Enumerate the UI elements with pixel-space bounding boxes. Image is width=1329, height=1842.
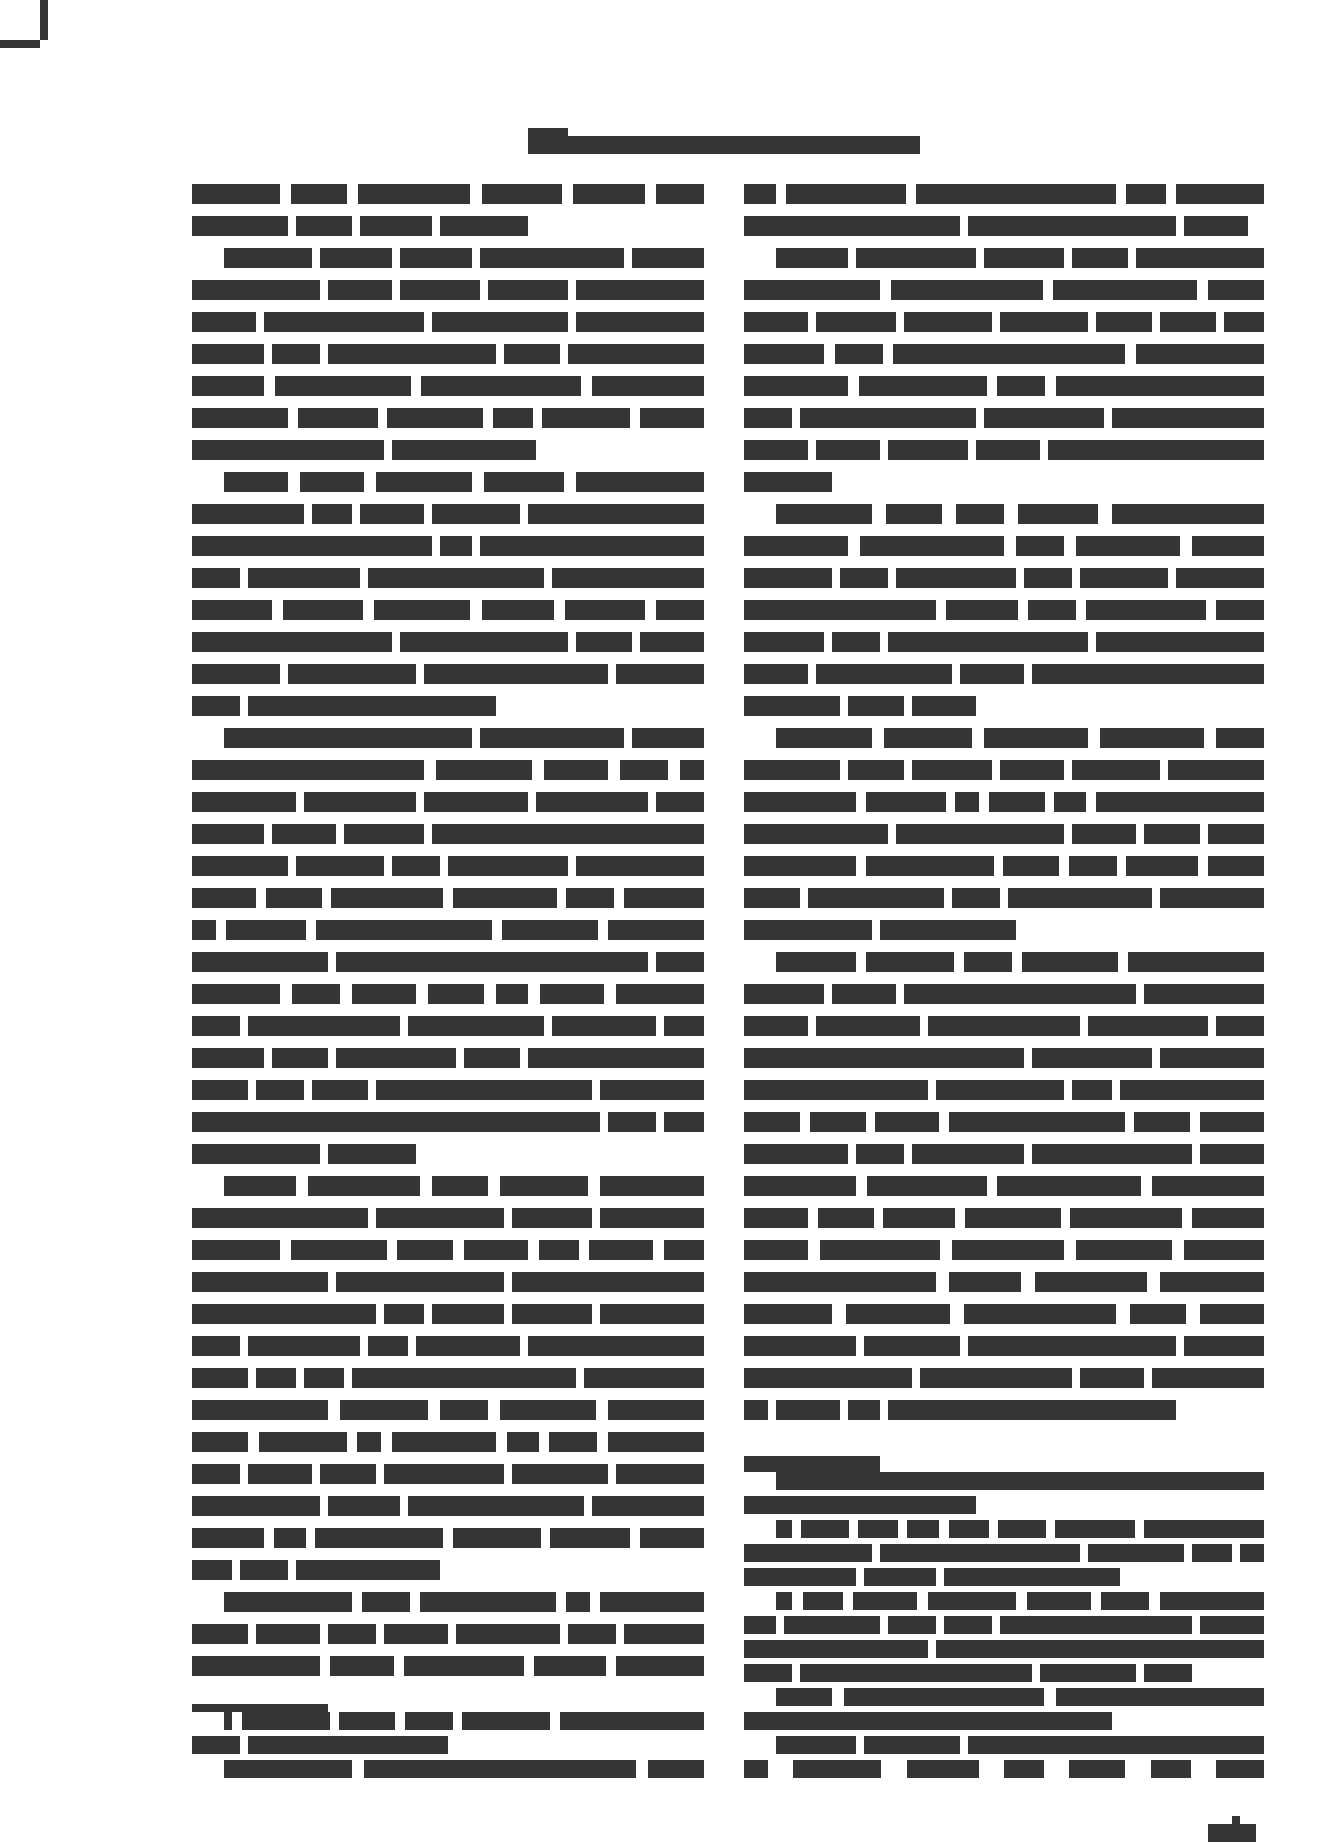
obscured-word xyxy=(744,344,824,364)
text-line xyxy=(192,1208,704,1240)
obscured-word xyxy=(592,1496,704,1516)
obscured-word xyxy=(566,1592,590,1612)
text-line xyxy=(744,696,1264,728)
obscured-word xyxy=(744,600,936,620)
obscured-word xyxy=(308,1176,420,1196)
obscured-word xyxy=(864,1336,960,1356)
obscured-word xyxy=(316,920,492,940)
obscured-word xyxy=(1208,1824,1256,1842)
text-line xyxy=(192,1656,704,1688)
text-line xyxy=(192,1016,704,1048)
obscured-word xyxy=(1144,824,1200,844)
footnote xyxy=(744,1520,1264,1592)
obscured-word xyxy=(424,792,528,812)
obscured-word xyxy=(998,1520,1046,1538)
text-line xyxy=(744,1272,1264,1304)
obscured-word xyxy=(192,984,280,1004)
text-line xyxy=(192,1368,704,1400)
obscured-word xyxy=(544,760,608,780)
obscured-word xyxy=(576,472,704,492)
text-line xyxy=(192,376,704,408)
obscured-word xyxy=(192,1240,280,1260)
obscured-word xyxy=(664,1112,704,1132)
obscured-word xyxy=(1200,1616,1264,1634)
obscured-word xyxy=(888,632,1088,652)
obscured-word xyxy=(949,1520,989,1538)
obscured-word xyxy=(424,664,608,684)
obscured-word xyxy=(560,1712,704,1730)
obscured-word xyxy=(500,1176,588,1196)
obscured-word xyxy=(744,888,800,908)
footnote-rule xyxy=(744,1456,880,1472)
obscured-word xyxy=(864,1736,960,1754)
obscured-word xyxy=(436,760,532,780)
obscured-word xyxy=(226,920,306,940)
footnote xyxy=(744,1472,1264,1520)
obscured-word xyxy=(744,1760,768,1778)
obscured-word xyxy=(312,504,352,524)
obscured-word xyxy=(810,1112,866,1132)
text-line xyxy=(744,376,1264,408)
obscured-word xyxy=(968,216,1176,236)
obscured-word xyxy=(866,952,954,972)
obscured-word xyxy=(392,1432,496,1452)
obscured-word xyxy=(192,1144,320,1164)
obscured-word xyxy=(502,920,598,940)
obscured-word xyxy=(1208,824,1264,844)
obscured-word xyxy=(616,1656,704,1676)
crop-mark-vertical xyxy=(40,0,48,40)
obscured-word xyxy=(192,952,328,972)
obscured-word xyxy=(304,792,416,812)
obscured-word xyxy=(456,1624,560,1644)
obscured-word xyxy=(192,1112,600,1132)
paragraph xyxy=(192,472,704,728)
obscured-word xyxy=(392,856,440,876)
obscured-word xyxy=(832,984,896,1004)
obscured-word xyxy=(965,1208,1061,1228)
text-line xyxy=(192,472,704,504)
obscured-word xyxy=(888,1400,1176,1420)
obscured-word xyxy=(192,376,264,396)
paragraph xyxy=(744,952,1264,1432)
obscured-word xyxy=(296,856,384,876)
obscured-word xyxy=(1184,216,1248,236)
footnote xyxy=(192,1760,704,1784)
obscured-word xyxy=(1192,1208,1264,1228)
text-line xyxy=(192,504,704,536)
text-line xyxy=(192,1336,704,1368)
obscured-word xyxy=(496,984,528,1004)
text-line xyxy=(192,600,704,632)
obscured-word xyxy=(573,184,645,204)
obscured-word xyxy=(744,1176,856,1196)
obscured-word xyxy=(955,792,979,812)
obscured-word xyxy=(664,1016,704,1036)
obscured-word xyxy=(248,1336,360,1356)
obscured-word xyxy=(640,408,704,428)
paragraph xyxy=(192,728,704,1176)
obscured-word xyxy=(566,888,614,908)
obscured-word xyxy=(840,568,888,588)
text-line xyxy=(192,1144,704,1176)
paragraph xyxy=(744,728,1264,952)
obscured-word xyxy=(968,1736,1264,1754)
text-line xyxy=(192,1112,704,1144)
text-line xyxy=(744,536,1264,568)
obscured-word xyxy=(1032,1048,1152,1068)
obscured-word xyxy=(400,280,480,300)
obscured-word xyxy=(192,184,280,204)
obscured-word xyxy=(600,1208,704,1228)
text-line xyxy=(744,1336,1264,1368)
obscured-word xyxy=(384,1464,504,1484)
obscured-word xyxy=(744,1016,808,1036)
obscured-word xyxy=(374,600,470,620)
obscured-word xyxy=(907,1760,979,1778)
obscured-word xyxy=(1027,1592,1091,1610)
obscured-word xyxy=(820,1240,940,1260)
obscured-word xyxy=(608,1112,656,1132)
obscured-word xyxy=(744,408,792,428)
obscured-word xyxy=(853,1592,917,1610)
obscured-word xyxy=(744,632,824,652)
text-line xyxy=(192,1464,704,1496)
obscured-word xyxy=(858,1520,898,1538)
obscured-word xyxy=(1176,184,1264,204)
obscured-word xyxy=(504,344,560,364)
text-line xyxy=(192,1760,704,1784)
obscured-word xyxy=(1200,1304,1264,1324)
text-line xyxy=(192,920,704,952)
obscured-word xyxy=(1160,1048,1264,1068)
obscured-word xyxy=(866,792,946,812)
obscured-word xyxy=(304,1368,344,1388)
obscured-word xyxy=(893,344,1125,364)
obscured-word xyxy=(336,952,648,972)
obscured-word xyxy=(482,184,562,204)
text-line xyxy=(744,1592,1264,1616)
text-line xyxy=(744,1016,1264,1048)
obscured-word xyxy=(1032,664,1264,684)
obscured-word xyxy=(848,1400,880,1420)
obscured-word xyxy=(1160,312,1216,332)
obscured-word xyxy=(480,728,624,748)
text-line xyxy=(192,1048,704,1080)
obscured-word xyxy=(1100,728,1204,748)
text-line xyxy=(192,1272,704,1304)
obscured-word xyxy=(744,1568,856,1586)
obscured-word xyxy=(656,184,704,204)
obscured-word xyxy=(576,312,704,332)
obscured-word xyxy=(296,216,352,236)
obscured-word xyxy=(192,344,264,364)
text-line xyxy=(744,632,1264,664)
text-line xyxy=(192,1240,704,1272)
obscured-word xyxy=(744,856,856,876)
obscured-word xyxy=(776,504,872,524)
text-line xyxy=(744,1400,1264,1432)
obscured-word xyxy=(846,1304,950,1324)
obscured-word xyxy=(744,1544,872,1562)
obscured-word xyxy=(1088,1016,1208,1036)
obscured-word xyxy=(224,472,288,492)
obscured-word xyxy=(880,920,1016,940)
paragraph xyxy=(192,1592,704,1688)
text-line xyxy=(744,248,1264,280)
obscured-word xyxy=(984,728,1088,748)
obscured-word xyxy=(336,1048,456,1068)
text-line xyxy=(192,1400,704,1432)
text-line xyxy=(744,888,1264,920)
footnote xyxy=(744,1736,1264,1784)
obscured-word xyxy=(512,1272,704,1292)
obscured-word xyxy=(1000,1616,1192,1634)
obscured-word xyxy=(1076,536,1180,556)
obscured-word xyxy=(357,1432,381,1452)
obscured-word xyxy=(1168,760,1264,780)
obscured-word xyxy=(744,1112,800,1132)
text-line xyxy=(192,280,704,312)
obscured-word xyxy=(328,1496,400,1516)
obscured-word xyxy=(912,1144,1024,1164)
obscured-word xyxy=(565,600,645,620)
obscured-word xyxy=(744,216,960,236)
footnote xyxy=(744,1688,1264,1736)
obscured-word xyxy=(997,376,1045,396)
obscured-word xyxy=(552,1016,656,1036)
obscured-word xyxy=(315,1528,443,1548)
text-line xyxy=(744,1208,1264,1240)
obscured-word xyxy=(744,1368,912,1388)
text-line xyxy=(744,1568,1264,1592)
obscured-word xyxy=(256,1080,304,1100)
text-line xyxy=(744,1520,1264,1544)
obscured-word xyxy=(432,312,568,332)
obscured-word xyxy=(776,728,872,748)
obscured-word xyxy=(608,1400,704,1420)
obscured-word xyxy=(331,888,443,908)
text-line xyxy=(744,1176,1264,1208)
text-line xyxy=(192,248,704,280)
crop-mark-horizontal xyxy=(0,40,40,48)
obscured-word xyxy=(328,1144,416,1164)
obscured-word xyxy=(528,504,704,524)
obscured-word xyxy=(1070,1208,1182,1228)
text-line xyxy=(744,1472,1264,1496)
obscured-word xyxy=(1022,952,1118,972)
obscured-word xyxy=(1216,728,1264,748)
obscured-word xyxy=(192,1272,328,1292)
text-line xyxy=(192,1528,704,1560)
obscured-word xyxy=(989,792,1045,812)
obscured-word xyxy=(1004,1760,1044,1778)
obscured-word xyxy=(856,1144,904,1164)
obscured-word xyxy=(453,1528,541,1548)
paragraph xyxy=(192,1176,704,1592)
obscured-word xyxy=(192,696,240,716)
obscured-word xyxy=(744,1400,768,1420)
obscured-word xyxy=(192,888,256,908)
obscured-word xyxy=(192,664,280,684)
obscured-word xyxy=(818,1208,874,1228)
obscured-word xyxy=(744,1496,976,1514)
obscured-word xyxy=(1101,1592,1149,1610)
obscured-word xyxy=(192,1656,320,1676)
obscured-word xyxy=(984,248,1064,268)
text-line xyxy=(744,408,1264,440)
obscured-word xyxy=(1216,1016,1264,1036)
obscured-word xyxy=(907,1520,939,1538)
text-line xyxy=(744,1080,1264,1112)
right-column-body xyxy=(744,184,1264,1432)
obscured-word xyxy=(584,1368,704,1388)
obscured-word xyxy=(1128,952,1264,972)
obscured-word xyxy=(928,1016,1080,1036)
obscured-word xyxy=(776,1592,792,1610)
text-line xyxy=(192,1080,704,1112)
obscured-word xyxy=(484,472,564,492)
obscured-word xyxy=(428,984,484,1004)
obscured-word xyxy=(248,1464,312,1484)
text-line xyxy=(192,1736,704,1760)
obscured-word xyxy=(835,344,883,364)
obscured-word xyxy=(816,312,896,332)
obscured-word xyxy=(192,1368,248,1388)
obscured-word xyxy=(464,1048,520,1068)
obscured-word xyxy=(744,696,840,716)
obscured-word xyxy=(776,248,848,268)
obscured-word xyxy=(1240,1544,1264,1562)
obscured-word xyxy=(952,1240,1064,1260)
obscured-word xyxy=(1040,1664,1136,1682)
obscured-word xyxy=(800,408,976,428)
text-line xyxy=(744,472,1264,504)
text-line xyxy=(744,1496,1264,1520)
obscured-word xyxy=(744,1272,936,1292)
obscured-word xyxy=(1000,312,1088,332)
obscured-word xyxy=(192,1432,248,1452)
obscured-word xyxy=(528,136,920,154)
text-line xyxy=(744,792,1264,824)
paragraph xyxy=(744,184,1264,248)
obscured-word xyxy=(744,792,856,812)
obscured-word xyxy=(272,344,320,364)
obscured-word xyxy=(866,856,994,876)
left-column-footnotes xyxy=(192,1704,704,1784)
obscured-word xyxy=(589,1240,653,1260)
text-line xyxy=(744,1640,1264,1664)
obscured-word xyxy=(744,536,848,556)
obscured-word xyxy=(192,920,216,940)
obscured-word xyxy=(192,856,288,876)
obscured-word xyxy=(397,1240,453,1260)
obscured-word xyxy=(488,280,568,300)
obscured-word xyxy=(744,1336,856,1356)
obscured-word xyxy=(976,440,1040,460)
obscured-word xyxy=(1144,1520,1264,1538)
obscured-word xyxy=(192,1496,320,1516)
obscured-word xyxy=(300,472,364,492)
obscured-word xyxy=(192,1048,264,1068)
obscured-word xyxy=(328,344,496,364)
obscured-word xyxy=(376,1208,504,1228)
obscured-word xyxy=(896,568,1016,588)
obscured-word xyxy=(620,760,668,780)
obscured-word xyxy=(256,1368,296,1388)
obscured-word xyxy=(1152,1368,1264,1388)
obscured-word xyxy=(512,1304,592,1324)
obscured-word xyxy=(192,1400,328,1420)
obscured-word xyxy=(884,728,972,748)
obscured-word xyxy=(744,1048,1024,1068)
obscured-word xyxy=(1096,312,1152,332)
obscured-word xyxy=(364,1760,636,1778)
obscured-word xyxy=(1032,1144,1192,1164)
obscured-word xyxy=(1160,1272,1264,1292)
obscured-word xyxy=(600,1592,704,1612)
obscured-word xyxy=(1176,568,1264,588)
text-line xyxy=(192,792,704,824)
paragraph xyxy=(192,248,704,472)
obscured-word xyxy=(224,248,312,268)
obscured-word xyxy=(328,280,392,300)
obscured-word xyxy=(952,888,1000,908)
obscured-word xyxy=(1184,1336,1264,1356)
obscured-word xyxy=(528,1048,704,1068)
text-line xyxy=(192,1712,704,1736)
obscured-word xyxy=(816,440,880,460)
obscured-word xyxy=(904,984,1136,1004)
obscured-word xyxy=(192,280,320,300)
obscured-word xyxy=(744,1616,776,1634)
obscured-word xyxy=(274,1528,306,1548)
obscured-word xyxy=(944,1616,992,1634)
obscured-word xyxy=(376,1080,592,1100)
page-number xyxy=(1208,1824,1256,1842)
text-line xyxy=(192,760,704,792)
obscured-word xyxy=(776,1688,832,1706)
obscured-word xyxy=(432,1176,488,1196)
obscured-word xyxy=(744,984,824,1004)
obscured-word xyxy=(680,760,704,780)
text-line xyxy=(744,312,1264,344)
text-line xyxy=(192,344,704,376)
obscured-word xyxy=(600,1304,704,1324)
obscured-word xyxy=(400,248,472,268)
obscured-word xyxy=(288,664,416,684)
text-line xyxy=(192,312,704,344)
obscured-word xyxy=(1126,184,1166,204)
obscured-word xyxy=(864,1568,936,1586)
obscured-word xyxy=(192,632,392,652)
obscured-word xyxy=(616,984,704,1004)
obscured-word xyxy=(1016,536,1064,556)
obscured-word xyxy=(240,1560,288,1580)
text-line xyxy=(744,184,1264,216)
obscured-word xyxy=(421,376,581,396)
obscured-word xyxy=(1208,856,1264,876)
obscured-word xyxy=(1054,792,1086,812)
obscured-word xyxy=(256,1624,320,1644)
obscured-word xyxy=(1069,1760,1125,1778)
obscured-word xyxy=(808,888,944,908)
obscured-word xyxy=(534,1656,606,1676)
obscured-word xyxy=(776,1472,1264,1490)
obscured-word xyxy=(632,248,704,268)
text-line xyxy=(744,600,1264,632)
obscured-word xyxy=(192,568,240,588)
